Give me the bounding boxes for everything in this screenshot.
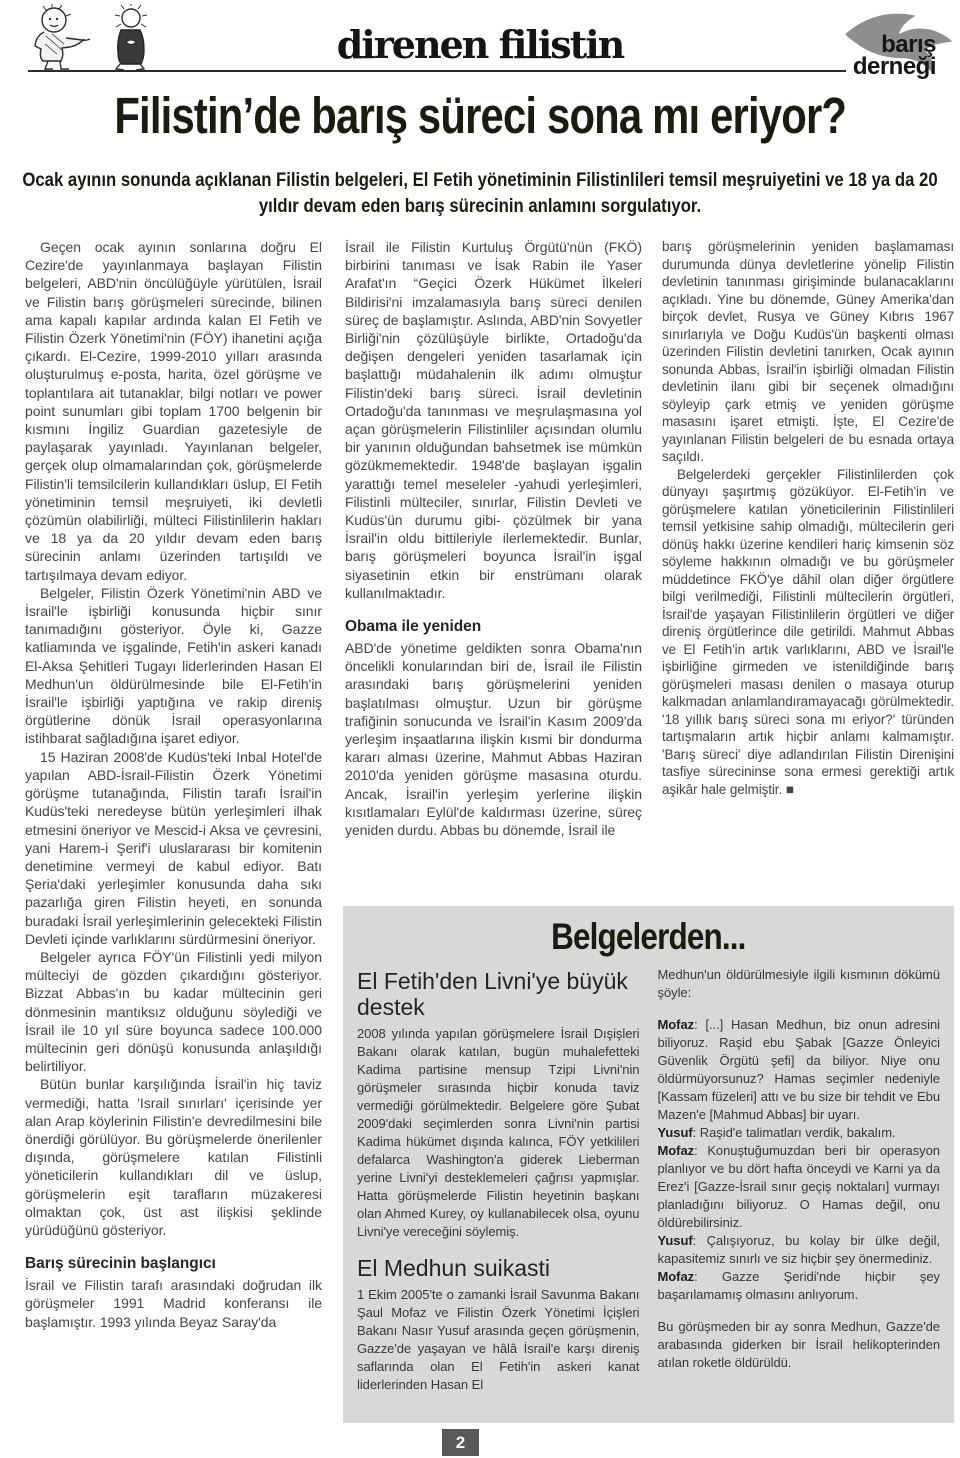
dialog-paragraph: Mofaz: Konuştuğumuzdan beri bir operasyo…	[658, 1142, 941, 1232]
page-number: 2	[442, 1429, 479, 1456]
body-paragraph: Belgeler, Filistin Özerk Yönetimi'nin AB…	[25, 584, 322, 748]
body-paragraph: Bütün bunlar karşılığında İsrail'in hiç …	[25, 1075, 322, 1239]
belgelerden-box: Belgelerden... El Fetih'den Livni'ye büy…	[343, 906, 954, 1423]
dialog-speaker: Mofaz	[658, 1269, 695, 1284]
dialog-speaker: Mofaz	[658, 1143, 695, 1158]
article-column-3: barış görüşmelerinin yeniden başlamaması…	[662, 238, 954, 890]
headline: Filistin’de barış süreci sona mı eriyor?	[0, 86, 960, 145]
header-rule	[28, 70, 846, 72]
section-heading: El Fetih'den Livni'ye büyük destek	[357, 968, 640, 1020]
baris-dernegi-logo: barış derneği	[838, 2, 958, 84]
body-paragraph: Belgeler ayrıca FÖY'ün Filistinli yedi m…	[25, 948, 322, 1075]
article-column-1: Geçen ocak ayının sonlarına doğru El Cez…	[25, 238, 322, 1423]
body-paragraph: Geçen ocak ayının sonlarına doğru El Cez…	[25, 238, 322, 584]
section-heading: Barış sürecinin başlangıcı	[25, 1254, 322, 1273]
body-paragraph: Medhun'un öldürülmesiyle ilgili kısmının…	[658, 966, 941, 1002]
body-paragraph: Belgelerdeki gerçekler Filistinlilerden …	[662, 466, 954, 799]
lead-paragraph: Ocak ayının sonunda açıklanan Filistin b…	[5, 168, 955, 220]
dialog-paragraph: Yusuf: Raşid'e talimatları verdik, bakal…	[658, 1124, 941, 1142]
box-column-1: El Fetih'den Livni'ye büyük destek2008 y…	[357, 966, 640, 1406]
body-paragraph: Bu görüşmeden bir ay sonra Medhun, Gazze…	[658, 1318, 941, 1372]
dialog-paragraph: Mofaz: Gazze Şeridi'nde hiçbir şey başar…	[658, 1268, 941, 1304]
dialog-speaker: Yusuf	[658, 1233, 693, 1248]
dialog-paragraph: Mofaz: [...] Hasan Medhun, biz onun adre…	[658, 1016, 941, 1124]
body-paragraph: 2008 yılında yapılan görüşmelere İsrail …	[357, 1025, 640, 1241]
masthead-title: direnen filistin	[0, 22, 960, 67]
dialog-speaker: Yusuf	[658, 1125, 693, 1140]
section-heading: Obama ile yeniden	[345, 617, 642, 636]
box-column-2: Medhun'un öldürülmesiyle ilgili kısmının…	[658, 966, 941, 1406]
logo-line-2: derneği	[853, 56, 936, 78]
body-paragraph: İsrail ve Filistin tarafı arasındaki doğ…	[25, 1276, 322, 1331]
newspaper-page: { "header": { "masthead": "direnen filis…	[0, 0, 960, 1458]
body-paragraph: İsrail ile Filistin Kurtuluş Örgütü'nün …	[345, 238, 642, 602]
dialog-paragraph: Yusuf: Çalışıyoruz, bu kolay bir ülke de…	[658, 1232, 941, 1268]
box-title: Belgelerden...	[357, 916, 940, 958]
body-paragraph: ABD'de yönetime geldikten sonra Obama'nı…	[345, 639, 642, 839]
body-paragraph: 1 Ekim 2005'te o zamanki İsrail Savunma …	[357, 1286, 640, 1394]
body-paragraph: 15 Haziran 2008'de Kudüs'teki Inbal Hote…	[25, 748, 322, 948]
article-column-2: İsrail ile Filistin Kurtuluş Örgütü'nün …	[345, 238, 642, 888]
section-heading: El Medhun suikasti	[357, 1255, 640, 1281]
dialog-speaker: Mofaz	[658, 1017, 695, 1032]
logo-text: barış derneği	[853, 34, 936, 78]
body-paragraph: barış görüşmelerinin yeniden başlamaması…	[662, 238, 954, 466]
